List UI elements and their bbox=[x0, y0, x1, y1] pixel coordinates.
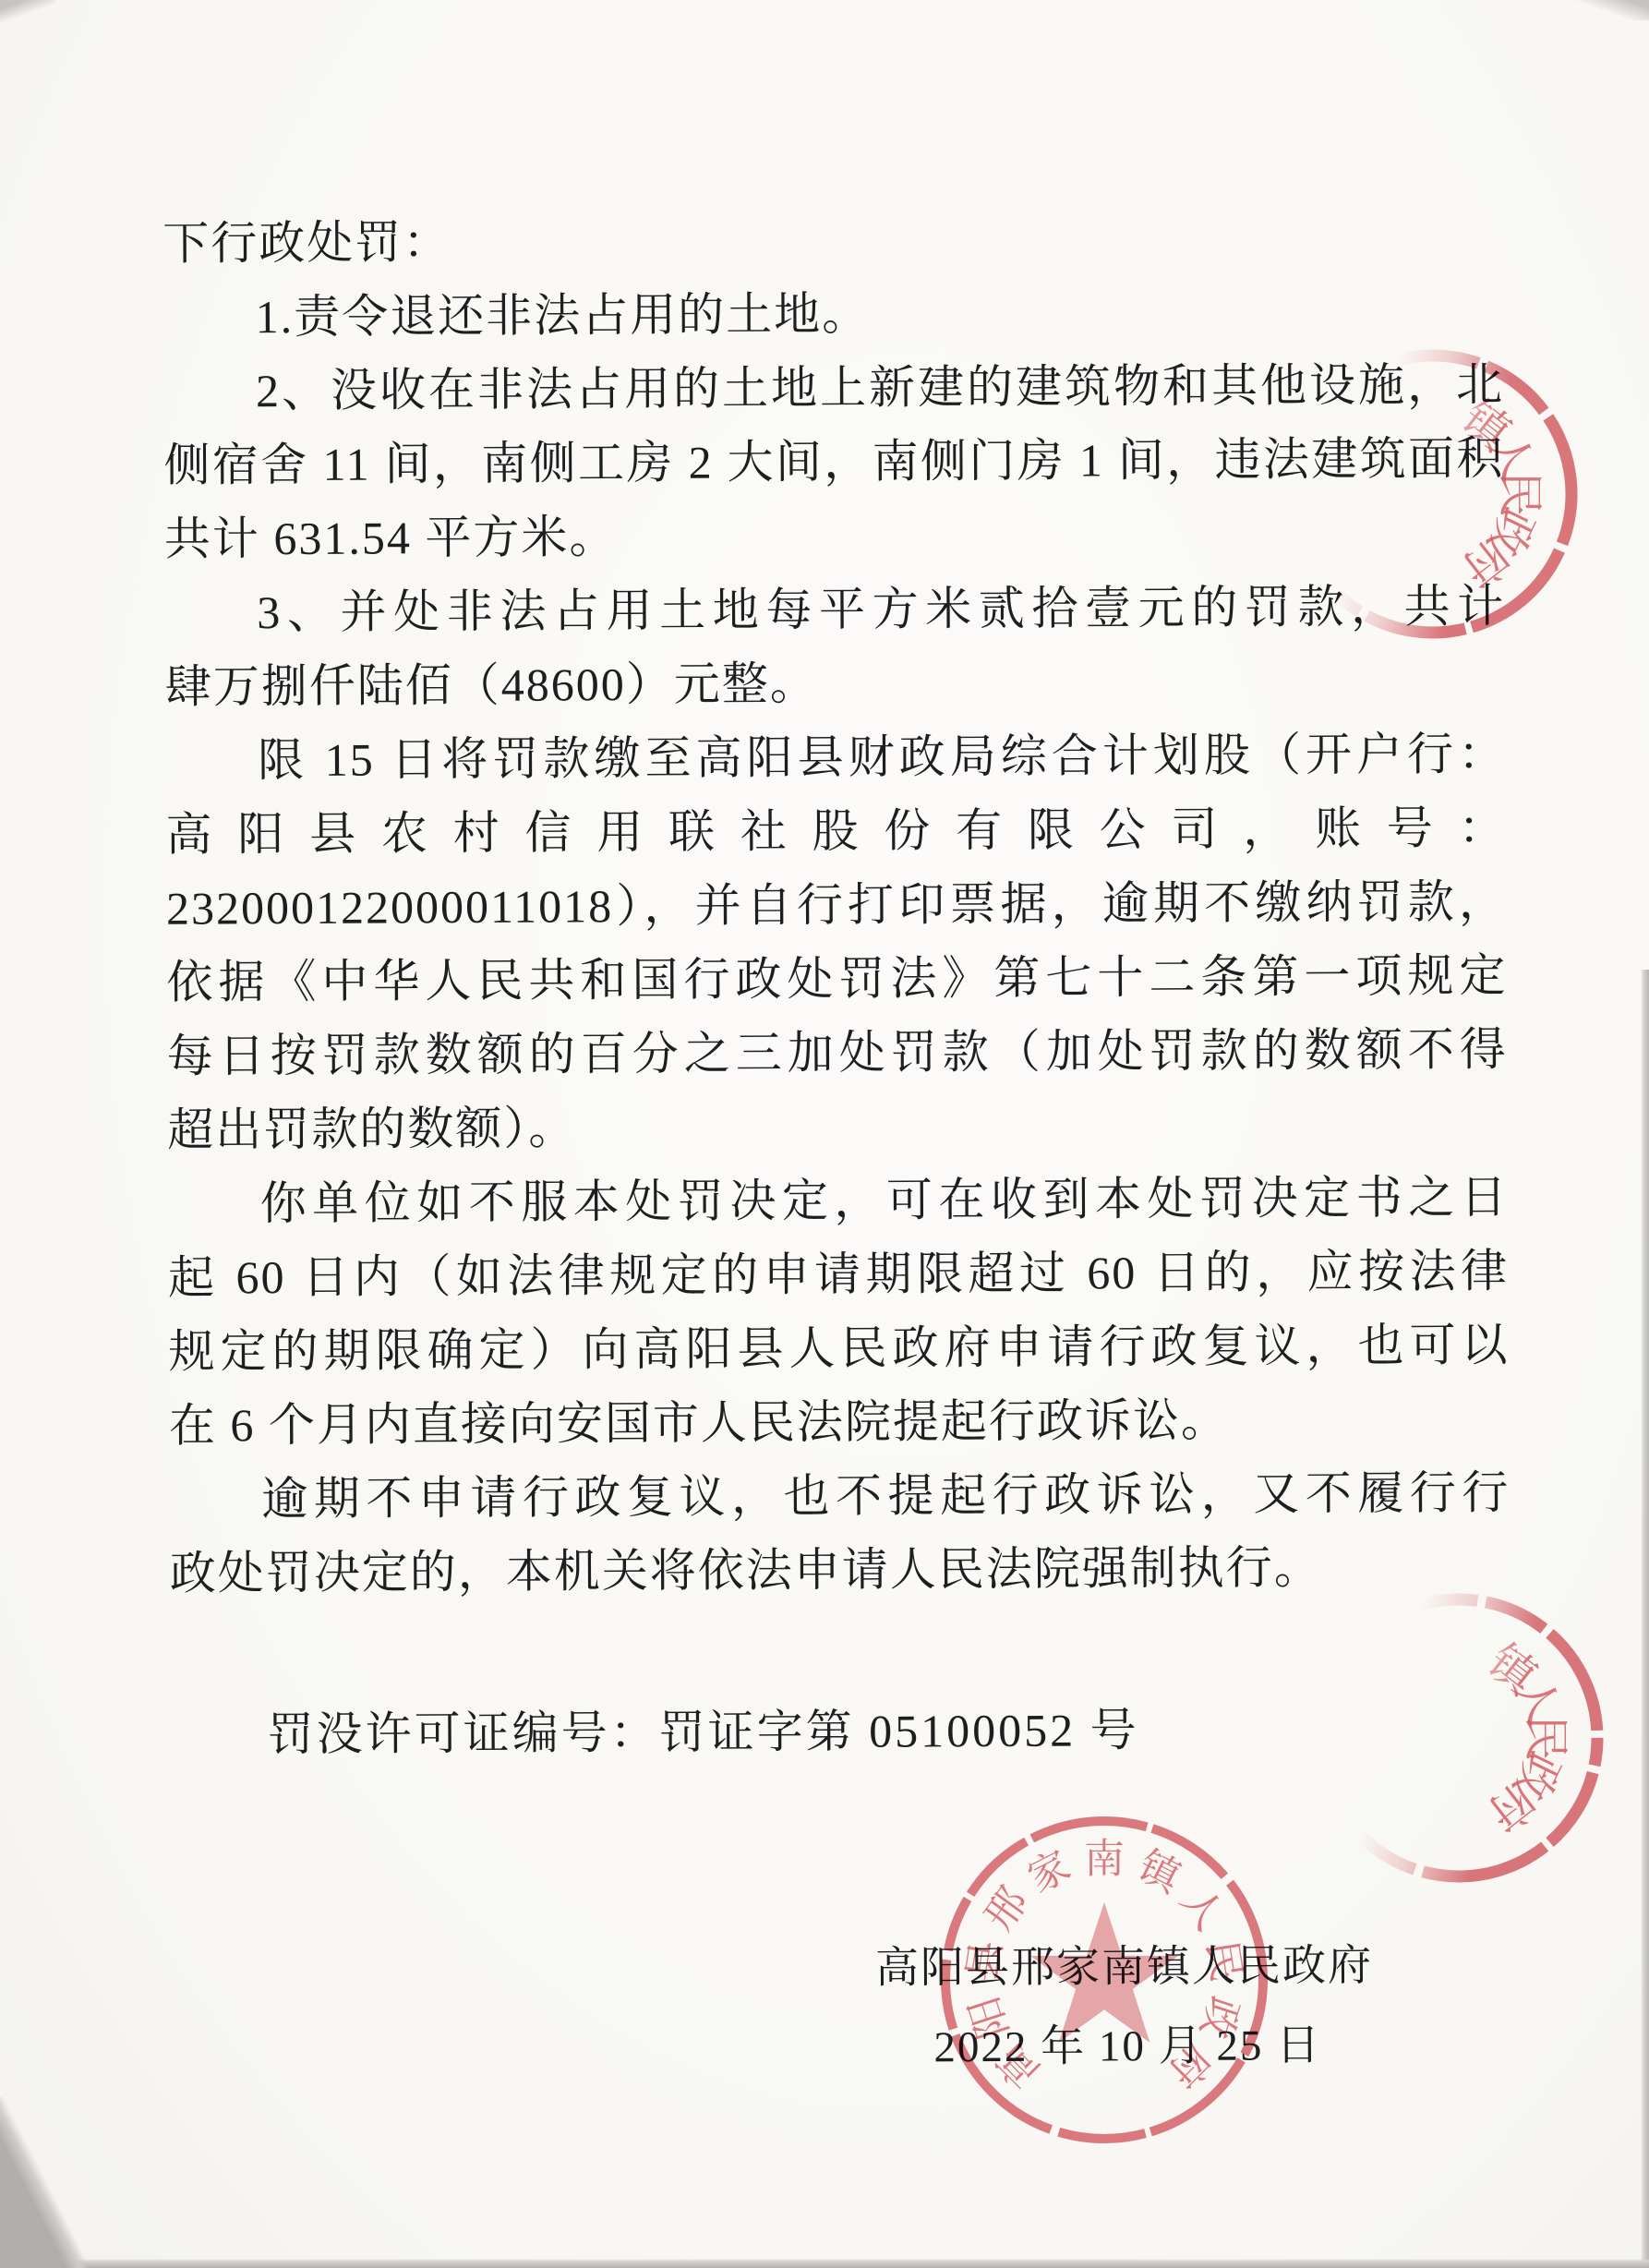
edge-seal-bottom-graphic: 镇人民政府 bbox=[1302, 1581, 1616, 1895]
scan-edge-bottom bbox=[0, 2259, 1649, 2268]
svg-text:南: 南 bbox=[1084, 1837, 1125, 1882]
text-line-7: 肆万捌仟陆佰（48600）元整。 bbox=[165, 643, 1506, 724]
edge-seal-top-right: 镇人民政府 bbox=[1278, 339, 1588, 649]
text-line-8: 限 15 日将罚款缴至高阳县财政局综合计划股（开户行： bbox=[165, 717, 1506, 798]
text-line-15: 起 60 日内（如法律规定的申请期限超过 60 日的，应按法律 bbox=[168, 1234, 1509, 1315]
text-line-13: 超出罚款的数额）。 bbox=[167, 1086, 1508, 1167]
edge-seal-top-graphic: 镇人民政府 bbox=[1278, 339, 1588, 649]
text-line-16: 规定的期限确定）向高阳县人民政府申请行政复议，也可以 bbox=[168, 1308, 1509, 1389]
license-number-line: 罚没许可证编号：罚证字第 05100052 号 bbox=[267, 1693, 1138, 1771]
scanned-document-page: 下行政处罚：1.责令退还非法占用的土地。2、没收在非法占用的土地上新建的建筑物和… bbox=[0, 0, 1649, 2268]
edge-seal-bottom-right: 镇人民政府 bbox=[1302, 1581, 1616, 1895]
text-line-18: 逾期不申请行政复议，也不提起行政诉讼，又不履行行 bbox=[169, 1455, 1510, 1537]
text-line-11: 依据《中华人民共和国行政处罚法》第七十二条第一项规定 bbox=[166, 938, 1507, 1019]
scan-edge-right bbox=[1641, 970, 1649, 2268]
text-line-1: 下行政处罚： bbox=[162, 199, 1503, 281]
svg-text:高: 高 bbox=[989, 2035, 1050, 2096]
scan-corner-bottom-left bbox=[0, 2097, 88, 2268]
svg-text:县: 县 bbox=[959, 1937, 1010, 1984]
text-line-10: 232000122000011018），并自行打印票据，逾期不缴纳罚款， bbox=[166, 864, 1507, 946]
svg-text:民: 民 bbox=[1198, 1937, 1249, 1984]
scan-corner-top-right bbox=[1566, 0, 1649, 20]
text-line-12: 每日按罚款数额的百分之三加处罚款（加处罚款的数额不得 bbox=[167, 1012, 1508, 1093]
svg-text:镇: 镇 bbox=[1131, 1842, 1190, 1902]
svg-text:人: 人 bbox=[1172, 1879, 1233, 1938]
text-line-17: 在 6 个月内直接向安国市人民法院提起行政诉讼。 bbox=[169, 1381, 1510, 1463]
text-line-14: 你单位如不服本处罚决定，可在收到本处罚决定书之日 bbox=[167, 1160, 1508, 1241]
svg-text:府: 府 bbox=[1160, 2035, 1221, 2096]
government-seal-graphic: 高阳县邢家南镇人民政府 bbox=[936, 1812, 1272, 2148]
svg-text:阳: 阳 bbox=[961, 1991, 1017, 2044]
text-line-9: 高阳县农村信用联社股份有限公司，账号： bbox=[165, 790, 1506, 872]
svg-text:邢: 邢 bbox=[976, 1879, 1037, 1938]
svg-text:政: 政 bbox=[1192, 1991, 1247, 2044]
scan-corner-top-left bbox=[0, 0, 55, 24]
svg-text:家: 家 bbox=[1021, 1842, 1077, 1901]
official-government-seal: 高阳县邢家南镇人民政府 bbox=[936, 1812, 1272, 2148]
